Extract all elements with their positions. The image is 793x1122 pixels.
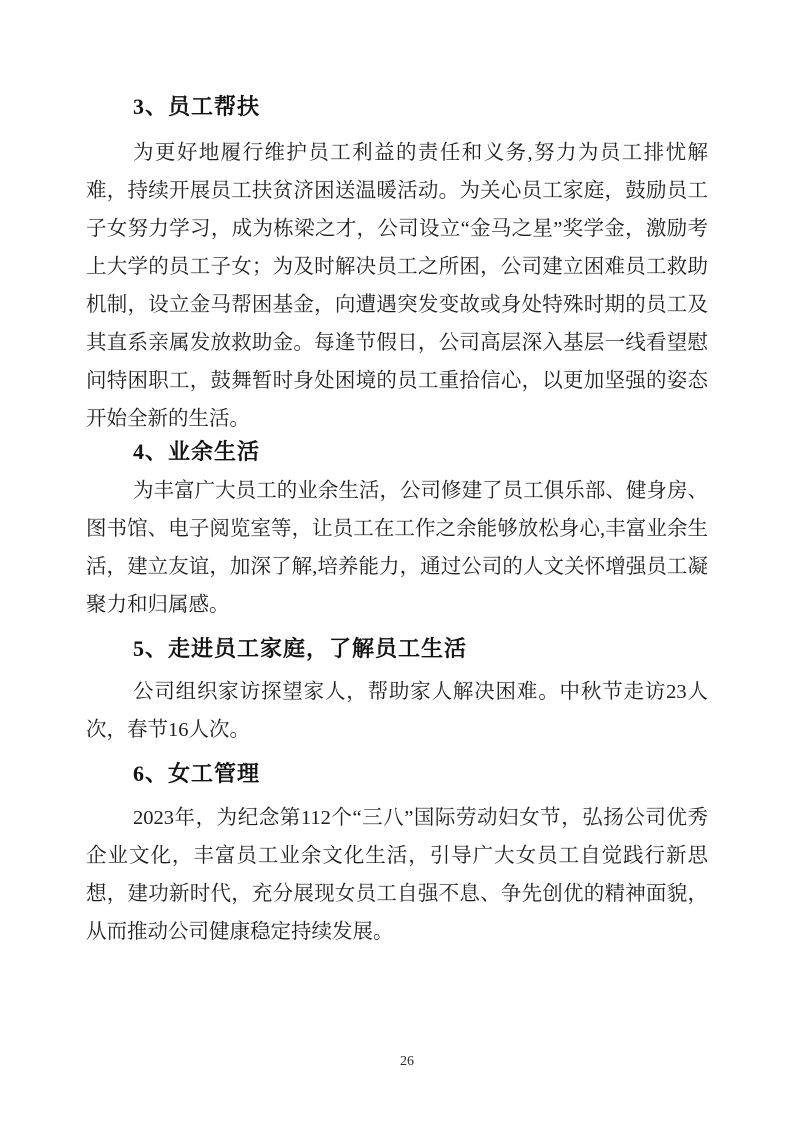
section-heading-leisure-life: 4、业余生活 [86,437,708,467]
document-page: 3、员工帮扶 为更好地履行维护员工利益的责任和义务,努力为员工排忧解难，持续开展… [0,0,793,1122]
body-paragraph: 2023年，为纪念第112个“三八”国际劳动妇女节，弘扬公司优秀企业文化，丰富员… [86,799,708,951]
body-paragraph: 公司组织家访探望家人，帮助家人解决困难。中秋节走访23人次，春节16人次。 [86,673,708,749]
body-paragraph: 为丰富广大员工的业余生活，公司修建了员工俱乐部、健身房、图书馆、电子阅览室等，让… [86,472,708,624]
document-content: 3、员工帮扶 为更好地履行维护员工利益的责任和义务,努力为员工排忧解难，持续开展… [86,0,708,951]
section-heading-employee-assistance: 3、员工帮扶 [86,92,708,122]
section-heading-family-visits: 5、走进员工家庭，了解员工生活 [86,634,708,664]
body-paragraph: 为更好地履行维护员工利益的责任和义务,努力为员工排忧解难，持续开展员工扶贫济困送… [86,134,708,438]
page-number: 26 [0,1054,793,1070]
section-heading-female-staff-management: 6、女工管理 [86,759,708,789]
